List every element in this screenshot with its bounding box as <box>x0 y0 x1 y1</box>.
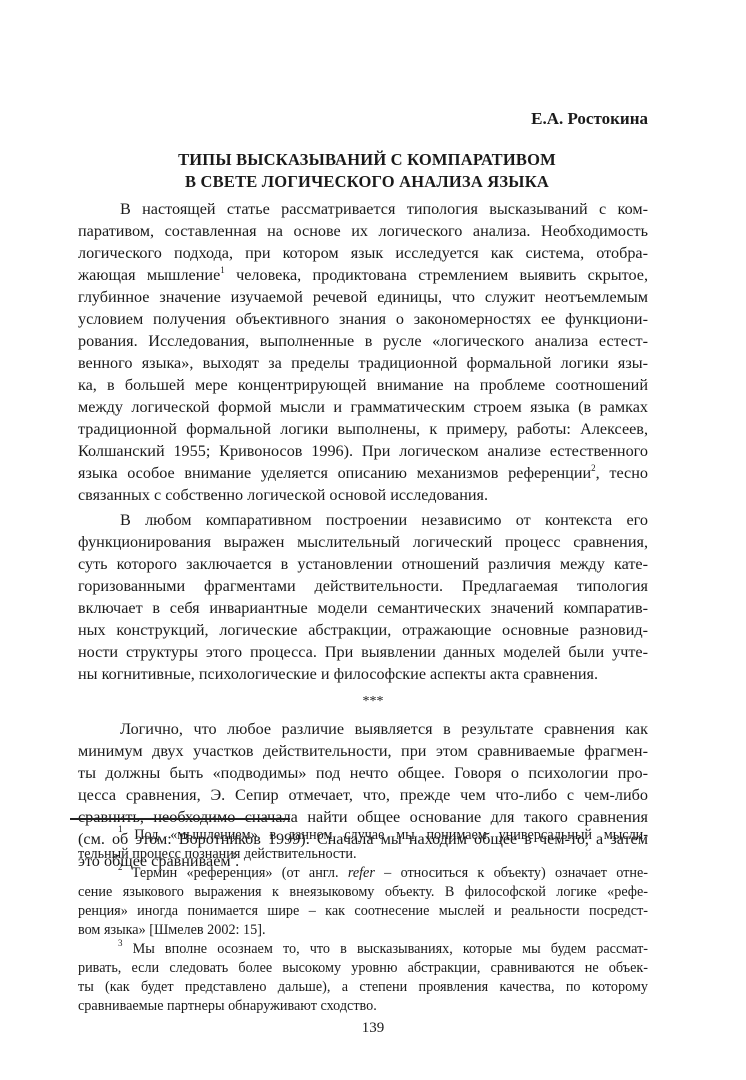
footnote-line: 1 Под «мышлением» в данном случае мы пон… <box>118 826 648 844</box>
text-line: паративом, составленная на основе их лог… <box>78 221 648 241</box>
text-line: горизованными фрагментами действительнос… <box>78 576 648 596</box>
text-span: жающая мышление <box>78 266 220 284</box>
footnote-divider <box>70 818 290 820</box>
footnote-line: ты (как будет представлено дальше), а ст… <box>78 978 648 996</box>
text-line: суть которого заключается в установлении… <box>78 554 648 574</box>
text-line: рования. Исследования, выполненные в рус… <box>78 331 648 351</box>
text-line: ности структуры этого процесса. При выяв… <box>78 642 648 662</box>
footnote-line: ривать, если следовать более высокому ур… <box>78 959 648 977</box>
text-line: Колшанский 1955; Кривоносов 1996). При л… <box>78 441 648 461</box>
text-line: связанных с собственно логической осново… <box>78 485 648 505</box>
footnote-line: ренция» иногда понимается шире – как соо… <box>78 902 648 920</box>
text-line: ка, в большей мере концентрирующей внима… <box>78 375 648 395</box>
text-line: включает в себя инвариантные модели сема… <box>78 598 648 618</box>
text-line: языка особое внимание уделяется описанию… <box>78 463 648 483</box>
article-title-line-2: В СВЕТЕ ЛОГИЧЕСКОГО АНАЛИЗА ЯЗЫКА <box>0 172 740 192</box>
article-author: Е.А. Ростокина <box>531 109 648 129</box>
footnote-line: сение языкового выражения к внеязыковому… <box>78 883 648 901</box>
text-line: жающая мышление1 человека, продиктована … <box>78 265 648 285</box>
text-line: глубинное значение изучаемой речевой еди… <box>78 287 648 307</box>
text-line: условием получения объективного знания о… <box>78 309 648 329</box>
text-line: традиционной формальной логики выполнены… <box>78 419 648 439</box>
article-title-line-1: ТИПЫ ВЫСКАЗЫВАНИЙ С КОМПАРАТИВОМ <box>0 150 740 170</box>
footnote-line: сравниваемые партнеры обнаруживают сходс… <box>78 997 648 1015</box>
text-span: Термин «референция» (от англ. <box>123 865 348 881</box>
footnote-line: вом языка» [Шмелев 2002: 15]. <box>78 921 648 939</box>
text-line: логического подхода, при котором язык ис… <box>78 243 648 263</box>
text-span: человека, продиктована стремлением выяви… <box>225 266 648 284</box>
text-line: функционирования выражен мыслительный ло… <box>78 532 648 552</box>
footnote-line: 2 Термин «референция» (от англ. refer – … <box>118 864 648 882</box>
text-line: В любом компаративном построении независ… <box>120 510 648 530</box>
italic-term: refer <box>348 865 375 881</box>
text-span: – относиться к объекту) означает отне- <box>375 865 648 881</box>
text-line: Логично, что любое различие выявляется в… <box>120 719 648 739</box>
text-line: цесса сравнения, Э. Сепир отмечает, что,… <box>78 785 648 805</box>
text-span: языка особое внимание уделяется описанию… <box>78 464 591 482</box>
section-separator: *** <box>0 694 746 710</box>
text-line: ны когнитивные, психологические и филосо… <box>78 664 648 684</box>
text-line: ных конструкций, логические абстракции, … <box>78 620 648 640</box>
text-span: Мы вполне осознаем то, что в высказывани… <box>123 941 649 957</box>
text-line: ты должны быть «подводимы» под нечто общ… <box>78 763 648 783</box>
text-span: , тесно <box>596 464 648 482</box>
text-line: венного языка», выходят за пределы тради… <box>78 353 648 373</box>
text-span: Под «мышлением» в данном случае мы поним… <box>123 827 649 843</box>
text-line: В настоящей статье рассматривается типол… <box>120 199 648 219</box>
footnote-line: 3 Мы вполне осознаем то, что в высказыва… <box>118 940 648 958</box>
footnote-line: тельный процесс познания действительност… <box>78 845 648 863</box>
page-number: 139 <box>0 1020 746 1037</box>
text-line: минимум двух участков действительности, … <box>78 741 648 761</box>
text-line: между логической формой мысли и граммати… <box>78 397 648 417</box>
text-line: сравнить, необходимо сначала найти общее… <box>78 807 648 827</box>
